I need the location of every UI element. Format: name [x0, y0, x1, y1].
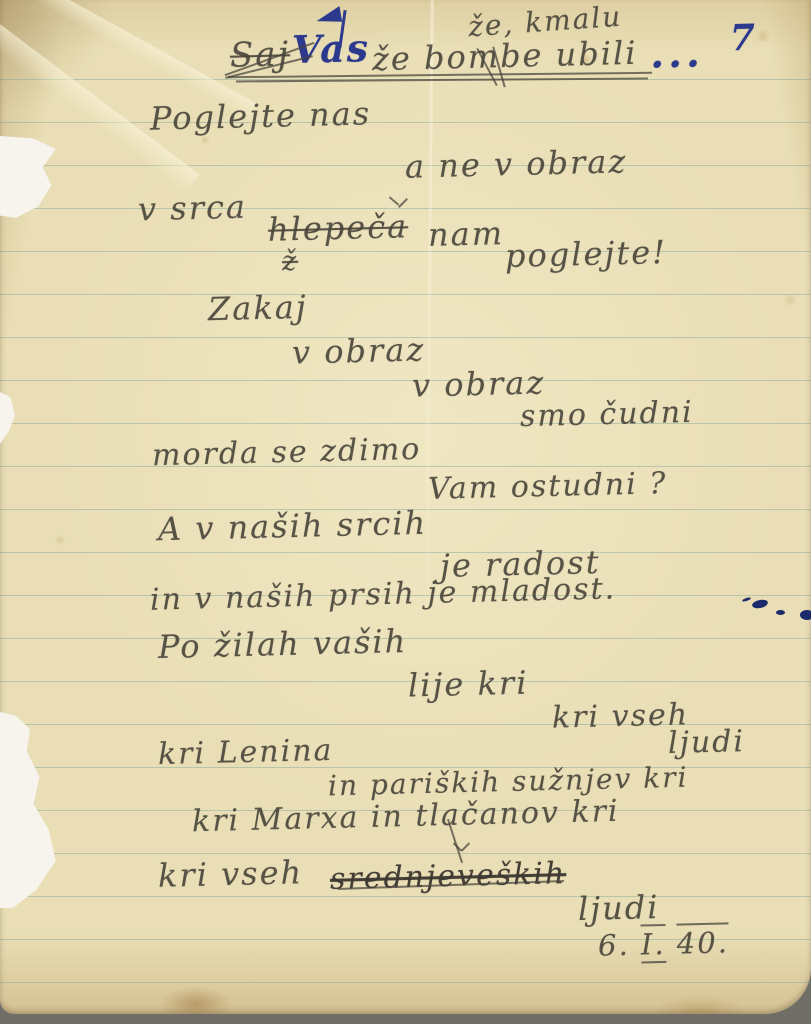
poem-line: v obraz	[412, 366, 546, 401]
poem-line: Zakaj	[208, 291, 308, 325]
poem-line: lije kri	[408, 667, 529, 702]
poem-line: kri Lenina	[158, 736, 334, 770]
title-ellipsis: ...	[650, 33, 705, 74]
poem-line: kri vseh	[158, 856, 304, 892]
date-month: I.	[640, 924, 666, 964]
blue-ink-blot	[800, 610, 811, 620]
poem-line: ljudi	[578, 891, 660, 925]
poem-line: morda se zdimo	[152, 435, 422, 472]
date-day: 6.	[598, 928, 630, 963]
poem-line: a ne v obraz	[405, 145, 628, 182]
poem-line: in pariških sužnjev kri	[328, 764, 689, 801]
poem-line: Vam ostudni ?	[428, 469, 668, 505]
poem-line: nam	[428, 217, 505, 251]
poem-line: v srca	[138, 191, 248, 226]
poem-line: v obraz	[292, 333, 426, 368]
title-blue-insert: Vas	[292, 29, 371, 69]
title-text: že bombe ubili	[372, 37, 638, 75]
poem-line: poglejte!	[505, 236, 668, 272]
notebook-page: 7 že, kmalu Saj Vas že bombe ubili ... P…	[0, 0, 811, 1014]
poem-line: Po žilah vaših	[158, 625, 408, 663]
manuscript-scan: 7 že, kmalu Saj Vas že bombe ubili ... P…	[0, 0, 811, 1024]
poem-line: Poglejte nas	[150, 97, 372, 134]
crossed-out-correction: ž	[282, 248, 299, 275]
poem-line: smo čudni	[520, 398, 694, 432]
page-number: 7	[730, 20, 758, 57]
date: 6. I. 40.	[598, 928, 730, 960]
blue-ink-blot	[776, 610, 785, 615]
date-year: 40.	[676, 922, 729, 960]
poem-line: ljudi	[668, 727, 746, 759]
blue-flag-icon	[315, 6, 342, 26]
scribbled-word: srednjeveških	[330, 859, 567, 895]
crossed-out-word: hlepeča	[268, 210, 409, 245]
poem-line: A v naših srcih	[158, 507, 428, 546]
